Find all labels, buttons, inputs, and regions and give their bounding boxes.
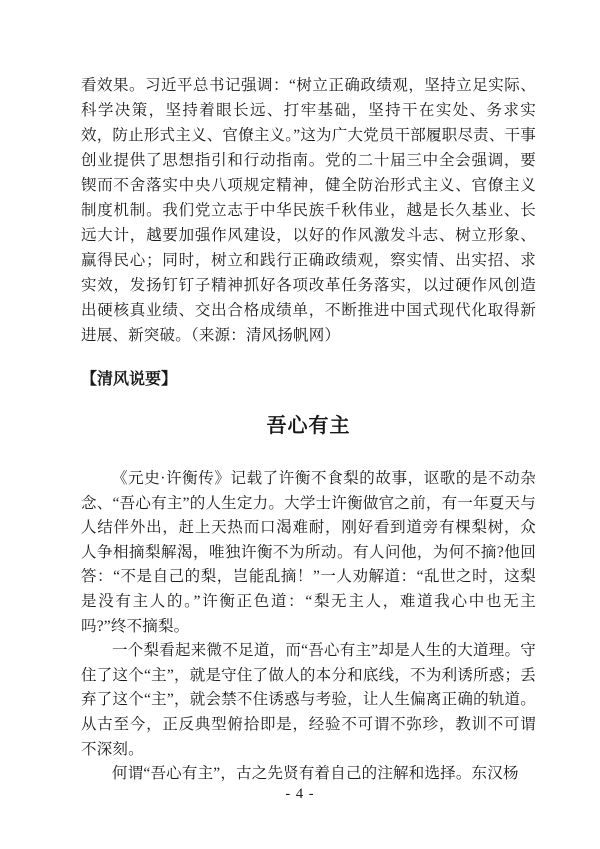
page-content: 看效果。习近平总书记强调：“树立正确政绩观，坚持立足实际、科学决策，坚持着眼长远… [81,73,536,787]
story-paragraph: 《元史·许衡传》记载了许衡不食梨的故事，讴歌的是不动杂念、“吾心有主”的人生定力… [81,467,536,639]
commentary-paragraph: 一个梨看起来微不足道，而“吾心有主”却是人生的大道理。守住了这个“主”，就是守住… [81,639,536,762]
closing-paragraph: 何谓“吾心有主”，古之先贤有着自己的注解和选择。东汉杨 [81,762,536,787]
document-page: 看效果。习近平总书记强调：“树立正确政绩观，坚持立足实际、科学决策，坚持着眼长远… [0,0,600,849]
page-number: - 4 - [0,786,600,803]
paragraph-continued: 看效果。习近平总书记强调：“树立正确政绩观，坚持立足实际、科学决策，坚持着眼长远… [81,73,536,348]
article-title: 吾心有主 [81,413,536,439]
section-header: 【清风说要】 [81,367,536,392]
